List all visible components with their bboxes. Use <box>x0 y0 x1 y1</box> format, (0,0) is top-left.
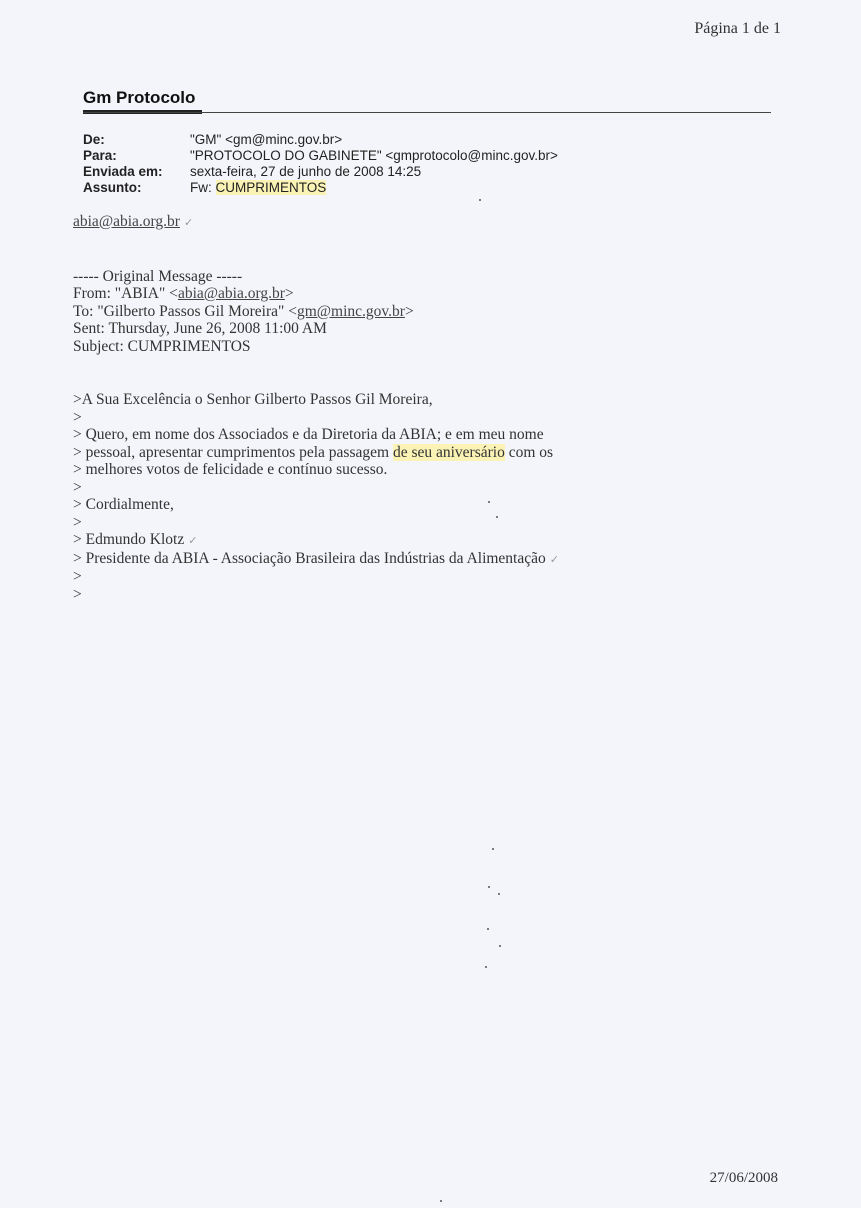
message-line: >A Sua Excelência o Senhor Gilberto Pass… <box>73 391 559 409</box>
highlighted-phrase: de seu aniversário <box>393 444 505 461</box>
original-separator: ----- Original Message ----- <box>73 268 559 286</box>
meta-sent: Enviada em: sexta-feira, 27 de junho de … <box>83 164 771 180</box>
mail-header: Gm Protocolo De: "GM" <gm@minc.gov.br> P… <box>83 88 771 196</box>
to-email-link[interactable]: gm@minc.gov.br <box>297 303 405 320</box>
signature-name: > Edmundo Klotz✓ <box>73 531 559 550</box>
message-line: > pessoal, apresentar cumprimentos pela … <box>73 444 559 462</box>
handwritten-check-icon: ✓ <box>188 534 197 547</box>
original-subject: Subject: CUMPRIMENTOS <box>73 338 559 356</box>
recipient-line: abia@abia.org.br✓ <box>73 213 559 232</box>
handwritten-check-icon: ✓ <box>550 553 559 566</box>
handwritten-check-icon: ✓ <box>184 216 193 229</box>
message-line: > <box>73 514 559 532</box>
message-line: > <box>73 568 559 586</box>
message-line: > <box>73 479 559 497</box>
message-line: > <box>73 586 559 604</box>
from-email-link[interactable]: abia@abia.org.br <box>178 285 285 302</box>
original-sent: Sent: Thursday, June 26, 2008 11:00 AM <box>73 320 559 338</box>
message-line: > melhores votos de felicidade e contínu… <box>73 461 559 479</box>
footer-date: 27/06/2008 <box>710 1170 778 1187</box>
mail-meta: De: "GM" <gm@minc.gov.br> Para: "PROTOCO… <box>83 132 771 196</box>
highlighted-subject: CUMPRIMENTOS <box>216 180 327 195</box>
message-line: > <box>73 409 559 427</box>
mail-title: Gm Protocolo <box>83 88 771 110</box>
message-line: > Quero, em nome dos Associados e da Dir… <box>73 426 559 444</box>
recipient-email-link[interactable]: abia@abia.org.br <box>73 213 180 230</box>
message-line: > Cordialmente, <box>73 496 559 514</box>
original-from: From: "ABIA" <abia@abia.org.br> <box>73 285 559 303</box>
meta-subject: Assunto: Fw: CUMPRIMENTOS <box>83 180 771 196</box>
title-rule <box>83 110 771 114</box>
message-body: abia@abia.org.br✓ ----- Original Message… <box>73 213 559 603</box>
meta-to: Para: "PROTOCOLO DO GABINETE" <gmprotoco… <box>83 148 771 164</box>
signature-title: > Presidente da ABIA - Associação Brasil… <box>73 550 559 569</box>
original-to: To: "Gilberto Passos Gil Moreira" <gm@mi… <box>73 303 559 321</box>
page-number: Página 1 de 1 <box>694 20 781 38</box>
meta-from: De: "GM" <gm@minc.gov.br> <box>83 132 771 148</box>
